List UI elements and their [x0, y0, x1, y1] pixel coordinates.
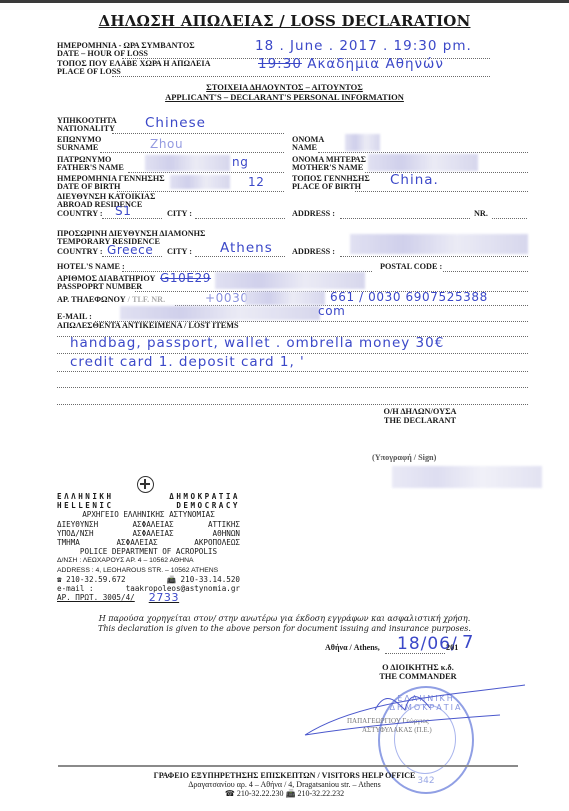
temp-city-label: CITY : [167, 248, 192, 257]
dob-redacted [170, 175, 230, 189]
lost-items-line-2 [57, 370, 528, 372]
nationality-value[interactable]: Chinese [145, 115, 206, 131]
footer-office: ΓΡΑΦΕΙΟ ΕΞΥΠΗΡΕΤΗΣΗΣ ΕΠΙΣΚΕΠΤΩΝ / VISITO… [0, 771, 569, 780]
phone-label: ΑΡ. ΤΗΛΕΦΩΝΟΥ / TLF. NR. [57, 296, 165, 305]
police-line-5-left: ΥΠΟΔ/ΝΣΗ [57, 529, 94, 538]
surname-line [100, 151, 284, 153]
temp-address-redacted [350, 234, 528, 254]
lost-items-line-3 [57, 386, 528, 388]
police-line-6-right: ΑΚΡΟΠΟΛΕΩΣ [194, 538, 240, 547]
lost-items-text-2[interactable]: credit card 1. deposit card 1, ' [70, 354, 305, 370]
surname-value[interactable]: Zhou [150, 137, 183, 151]
police-email[interactable]: taakropoleos@astynomia.gr [126, 584, 240, 593]
police-address-gr: Δ/ΝΣΗ : ΛΕΩΧΑΡΟΥΣ ΑΡ. 4 – 10562 ΑΘΗΝΑ [57, 556, 194, 565]
mothers-name-redacted [368, 154, 478, 171]
police-line-2-left: HELLENIC [57, 501, 114, 510]
pob-line [355, 190, 528, 192]
police-line-3: ΑΡΧΗΓΕΙΟ ΕΛΛΗΝΙΚΗΣ ΑΣΤΥΝΟΜΙΑΣ [82, 510, 215, 519]
police-email-label: e-mail : [57, 584, 94, 593]
dob-label-en: DATE OF BIRTH [57, 183, 120, 192]
passport-struck[interactable]: G10E29 [160, 271, 211, 285]
postal-code-label: POSTAL CODE : [380, 263, 442, 272]
place-struck: 19:30 [258, 56, 302, 72]
document-title: ΔΗΛΩΣΗ ΑΠΩΛΕΙΑΣ / LOSS DECLARATION [0, 12, 569, 30]
protocol-value[interactable]: 2733 [149, 593, 179, 602]
abroad-nr-line [492, 217, 527, 219]
abroad-city-line [195, 217, 285, 219]
declarant-label-en: THE DECLARANT [360, 416, 480, 425]
abroad-city-label: CITY : [167, 210, 192, 219]
passport-label-en: PASSPOPRT NUMBER [57, 283, 142, 292]
signature-redacted [392, 466, 542, 488]
temp-city-value[interactable]: Athens [220, 240, 273, 256]
footer-phones: ☎ 210-32.22.230 📠 210-32.22.232 [0, 789, 569, 798]
fathers-name-tail[interactable]: ng [232, 155, 248, 169]
police-department-block: ΕΛΛΗΝΙΚΗΔΗΜΟΚΡΑΤΙΑ HELLENICDEMOCRACY ΑΡΧ… [57, 492, 240, 602]
place-text: Ακαδημια Αθηνών [307, 56, 444, 72]
abroad-address-label: ADDRESS : [292, 210, 335, 219]
temp-address-line [340, 255, 528, 257]
email-redacted [120, 306, 320, 320]
footer-address: Δραγατσανίου αρ. 4 – Αθήνα / 4, Dragatsa… [0, 780, 569, 789]
police-line-7: POLICE DEPARTMENT OF ACROPOLIS [80, 547, 217, 556]
pob-label-en: PLACE OF BIRTH [292, 183, 361, 192]
police-line-4-mid: ΑΣΦΑΛΕΙΑΣ [132, 520, 173, 529]
phone-label-en: / TLF. NR. [128, 295, 165, 304]
nationality-line [112, 132, 284, 134]
pob-value[interactable]: China. [390, 172, 439, 188]
applicant-heading-en: APPLICANT'S – DECLARANT'S PERSONAL INFOR… [0, 93, 569, 103]
passport-redacted [215, 272, 365, 289]
police-line-6-left: ΤΜΗΜΑ [57, 538, 80, 547]
police-phone: ☎ 210-32.59.672 [57, 575, 126, 584]
note-gr: Η παρούσα χορηγείται στον/ στην ανωτέρω … [0, 614, 569, 624]
place-value[interactable]: 19:30 Ακαδημια Αθηνών [258, 56, 444, 72]
name-label-en: NAME [292, 144, 317, 153]
police-line-1-right: ΔΗΜΟΚΡΑΤΙΑ [169, 492, 240, 501]
surname-label-en: SURNAME [57, 144, 98, 153]
police-line-4-left: ΔΙΕΥΘΥΝΣΗ [57, 520, 98, 529]
phone-redacted [245, 291, 325, 305]
abroad-address-line [340, 217, 470, 219]
mothers-name-label-en: MOTHER'S NAME [292, 164, 363, 173]
phone-label-gr: ΑΡ. ΤΗΛΕΦΩΝΟΥ [57, 295, 126, 304]
postal-code-line [443, 270, 528, 272]
name-redacted [345, 134, 380, 151]
abroad-country-line [102, 217, 162, 219]
police-line-5-mid: ΑΣΦΑΛΕΙΑΣ [132, 529, 173, 538]
sign-label: (Υπογραφή / Sign) [372, 454, 436, 463]
declarant-label-gr: Ο/Η ΔΗΛΩΝ/ΟΥΣΑ [360, 407, 480, 416]
police-line-2-right: DEMOCRACY [176, 501, 240, 510]
lost-items-text-1[interactable]: handbag, passport, wallet . ombrella mon… [70, 335, 444, 351]
commander-label-gr: Ο ΔΙΟΙΚΗΤΗΣ κ.δ. [358, 663, 478, 672]
name-line [318, 151, 528, 153]
email-tail[interactable]: com [318, 304, 345, 318]
fathers-name-line [128, 171, 284, 173]
abroad-country-value[interactable]: S1 [115, 204, 131, 218]
lost-items-line-4 [57, 403, 528, 405]
nationality-label-en: NATIONALITY [57, 125, 115, 134]
police-line-5-right: ΑΘΗΝΩΝ [213, 529, 240, 538]
top-border [0, 0, 569, 3]
issued-year-prefix: 201 [446, 644, 458, 653]
abroad-country-label: COUNTRY : [57, 210, 103, 219]
dob-tail[interactable]: 12 [248, 175, 264, 189]
footer-divider [58, 765, 518, 767]
greek-emblem-icon [137, 476, 154, 493]
temp-country-value[interactable]: Greece [107, 243, 153, 257]
hotel-label: HOTEL'S NAME : [57, 263, 125, 272]
police-fax: 📠 210-33.14.520 [167, 575, 240, 584]
phone-value-1[interactable]: +0030 [205, 291, 249, 305]
police-line-1-left: ΕΛΛΗΝΙΚΗ [57, 492, 114, 501]
temp-country-label: COUNTRY : [57, 248, 103, 257]
note-en: This declaration is given to the above p… [0, 624, 569, 634]
abroad-nr-label: NR. [474, 210, 488, 219]
police-line-6-mid: ΑΣΦΑΛΕΙΑΣ [116, 538, 157, 547]
temp-address-label: ADDRESS : [292, 248, 335, 257]
issued-place: Αθήνα / Athens, [325, 644, 380, 653]
lost-items-label: ΑΠΩΛΕΣΘΕΝΤΑ ΑΝΤΙΚΕΙΜΕΝΑ / LOST ITEMS [57, 322, 239, 331]
protocol-label: ΑΡ. ΠΡΩΤ. 3005/4/ [57, 593, 135, 602]
date-value[interactable]: 18 . June . 2017 . 19:30 pm. [255, 38, 472, 54]
police-address-en: ADDRESS : 4, LEOHAROUS STR. – 10562 ATHE… [57, 566, 218, 575]
fathers-name-redacted [145, 155, 230, 171]
fathers-name-label-en: FATHER'S NAME [57, 164, 124, 173]
commander-signature-icon [300, 680, 530, 760]
issued-year-suffix[interactable]: 7 [462, 632, 474, 653]
police-line-4-right: ΑΤΤΙΚΗΣ [208, 520, 240, 529]
phone-value-2[interactable]: 661 / 0030 6907525388 [330, 290, 488, 304]
place-line [112, 75, 490, 77]
